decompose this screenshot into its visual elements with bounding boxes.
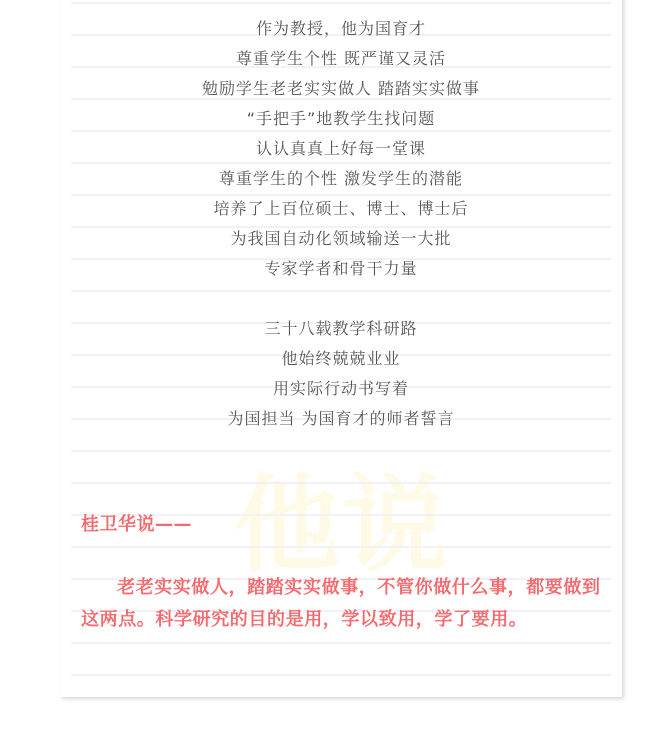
poem-line: 三十八载教学科研路 (60, 314, 622, 344)
poem-line: 用实际行动书写着 (60, 374, 622, 404)
quote-paragraph: 老老实实做人，踏踏实实做事，不管你做什么事，都要做到 这两点。科学研究的目的是用… (81, 572, 611, 636)
poem-line: 培养了上百位硕士、博士、博士后 (60, 194, 622, 224)
quote-line: 这两点。科学研究的目的是用，学以致用，学了要用。 (81, 604, 611, 636)
poem-line: 勉励学生老老实实做人 踏踏实实做事 (60, 74, 622, 104)
poem-line: 他始终兢兢业业 (60, 344, 622, 374)
poem-spacer (60, 284, 622, 314)
quote-line: 老老实实做人，踏踏实实做事，不管你做什么事，都要做到 (81, 572, 611, 604)
poem-block: 作为教授，他为国育才 尊重学生个性 既严谨又灵活 勉励学生老老实实做人 踏踏实实… (60, 14, 622, 434)
poem-line: 为我国自动化领域输送一大批 (60, 224, 622, 254)
quote-heading: 桂卫华说—— (81, 509, 192, 541)
poem-line: 尊重学生个性 既严谨又灵活 (60, 44, 622, 74)
poem-line: “手把手”地教学生找问题 (60, 104, 622, 134)
poem-line: 作为教授，他为国育才 (60, 14, 622, 44)
poem-line: 专家学者和骨干力量 (60, 254, 622, 284)
poem-line: 认认真真上好每一堂课 (60, 134, 622, 164)
poem-line: 尊重学生的个性 激发学生的潜能 (60, 164, 622, 194)
poem-line: 为国担当 为国育才的师者誓言 (60, 404, 622, 434)
